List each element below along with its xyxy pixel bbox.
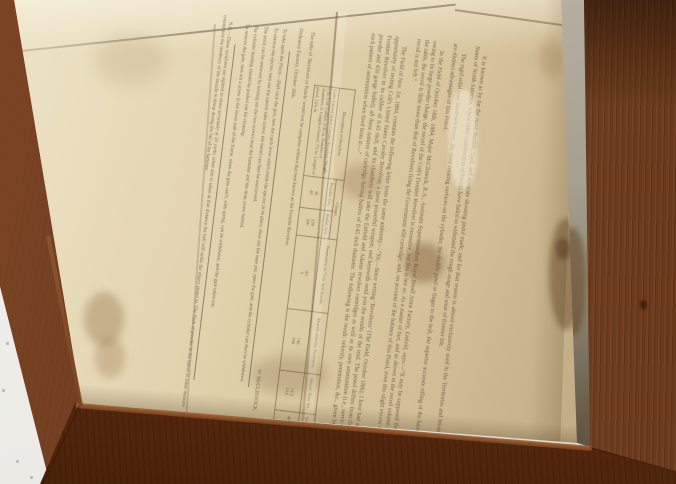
wood-knot bbox=[640, 300, 647, 310]
stain bbox=[95, 338, 125, 378]
stain bbox=[404, 243, 444, 283]
photo-of-framed-document: It is known as by far the most durable, … bbox=[0, 0, 676, 484]
wall-speck bbox=[30, 476, 33, 479]
stain bbox=[340, 163, 382, 199]
wall-speck bbox=[2, 389, 5, 392]
wall-speck bbox=[16, 460, 19, 463]
stain bbox=[84, 292, 124, 346]
wall-speck bbox=[6, 342, 9, 345]
paper-scuff bbox=[449, 90, 477, 188]
